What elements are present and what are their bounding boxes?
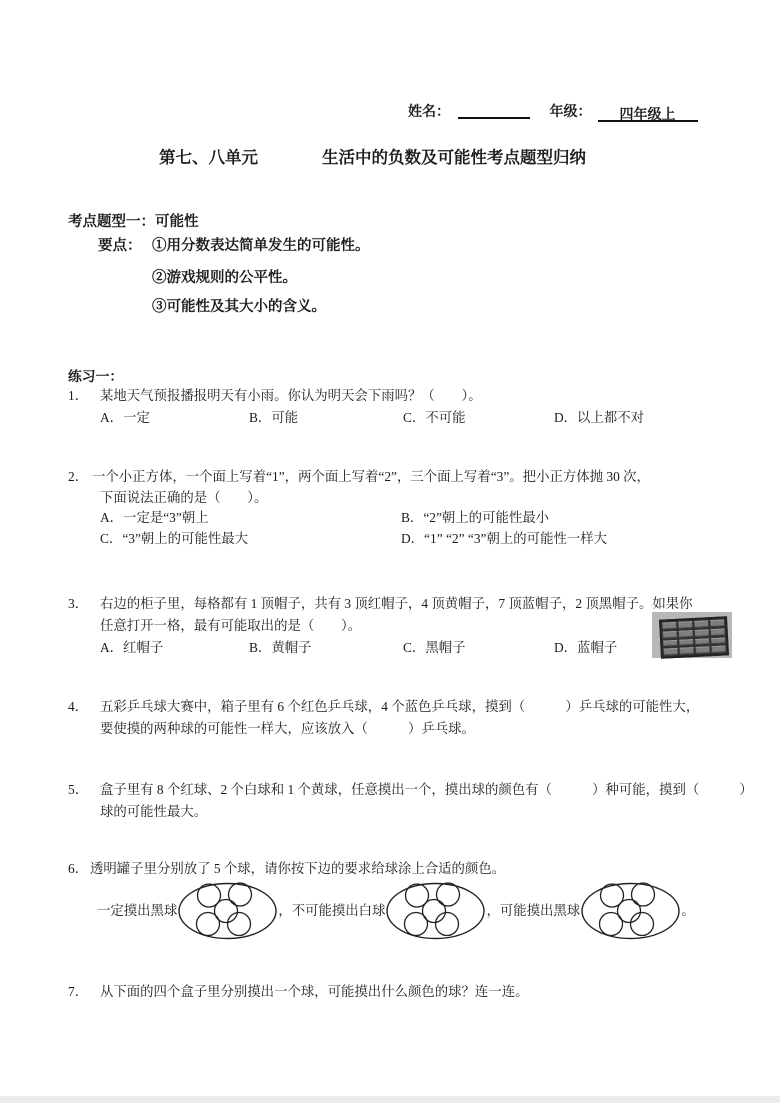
option-c: C．黑帽子: [403, 637, 554, 659]
jar-balls-diagram-2: [385, 882, 486, 940]
option-b: B．黄帽子: [249, 637, 403, 659]
name-label: 姓名：: [408, 105, 450, 120]
question-7: 7．从下面的四个盒子里分别摸出一个球，可能摸出什么颜色的球？连一连。: [68, 981, 748, 1003]
option-c: C．不可能: [403, 407, 554, 429]
question-5-line1: 盒子里有 8 个红球、2 个白球和 1 个黄球，任意摸出一个，摸出球的颜色有（ …: [100, 782, 753, 797]
key-point-2: ②游戏规则的公平性。: [152, 267, 297, 289]
question-7-text: 7．从下面的四个盒子里分别摸出一个球，可能摸出什么颜色的球？连一连。: [68, 981, 748, 1003]
option-b: B．可能: [249, 407, 403, 429]
grade-value: 四年级上: [598, 104, 698, 122]
question-3-text: 3．右边的柜子里，每格都有 1 顶帽子，共有 3 顶红帽子，4 顶黄帽子，7 顶…: [68, 593, 748, 615]
question-1-options: A．一定 B．可能 C．不可能 D．以上都不对: [100, 407, 748, 429]
option-a: A．红帽子: [100, 637, 249, 659]
cabinet-grid-image: [659, 616, 729, 659]
jar-row-period: 。: [681, 900, 694, 922]
option-a: A．一定是“3”朝上: [100, 508, 401, 529]
question-2: 2．一个小正方体，一个面上写着“1”，两个面上写着“2”，三个面上写着“3”。把…: [68, 467, 748, 549]
question-6-number: 6．: [68, 858, 90, 880]
worksheet-page: 姓名： 年级：四年级上 第七、八单元 生活中的负数及可能性考点题型归纳 考点题型…: [0, 0, 780, 1103]
option-b: B．“2”朝上的可能性最小: [401, 508, 748, 529]
name-blank-field: [458, 101, 530, 119]
question-4-line2: 要使摸的两种球的可能性一样大，应该放入（ ）乒乓球。: [100, 718, 748, 740]
question-3-line1: 右边的柜子里，每格都有 1 顶帽子，共有 3 顶红帽子，4 顶黄帽子，7 顶蓝帽…: [100, 596, 693, 611]
question-5-number: 5．: [68, 779, 100, 801]
question-7-line1: 从下面的四个盒子里分别摸出一个球，可能摸出什么颜色的球？连一连。: [100, 984, 529, 999]
option-c: C．“3”朝上的可能性最大: [100, 529, 401, 550]
header-name-grade-line: 姓名： 年级：四年级上: [408, 101, 698, 122]
question-4-text: 4．五彩乒乓球大赛中，箱子里有 6 个红色乒乓球，4 个蓝色乒乓球，摸到（ ）乒…: [68, 696, 748, 718]
grade-label: 年级：: [550, 105, 592, 120]
question-1-line1: 某地天气预报播报明天有小雨。你认为明天会下雨吗？（ ）。: [100, 388, 482, 403]
question-2-line1: 一个小正方体，一个面上写着“1”，两个面上写着“2”，三个面上写着“3”。把小正…: [92, 469, 650, 484]
jar-label-certain-black: 一定摸出黑球: [97, 900, 177, 922]
question-6-jars-row: 一定摸出黑球 ，不可能摸出白球 ，可能摸出黑球: [97, 880, 748, 942]
question-1-text: 1．某地天气预报播报明天有小雨。你认为明天会下雨吗？（ ）。: [68, 385, 748, 407]
question-2-options-row2: C．“3”朝上的可能性最大 D．“1” “2” “3”朝上的可能性一样大: [100, 529, 748, 550]
question-7-number: 7．: [68, 981, 100, 1003]
key-point-3: ③可能性及其大小的含义。: [152, 296, 326, 318]
title-main: 生活中的负数及可能性考点题型归纳: [322, 144, 586, 168]
question-4-number: 4．: [68, 696, 100, 718]
question-5-text: 5．盒子里有 8 个红球、2 个白球和 1 个黄球，任意摸出一个，摸出球的颜色有…: [68, 779, 748, 801]
question-2-text: 2．一个小正方体，一个面上写着“1”，两个面上写着“2”，三个面上写着“3”。把…: [68, 467, 748, 488]
jar-balls-diagram-1: [177, 882, 278, 940]
question-1: 1．某地天气预报播报明天有小雨。你认为明天会下雨吗？（ ）。 A．一定 B．可能…: [68, 385, 748, 429]
question-4-line1: 五彩乒乓球大赛中，箱子里有 6 个红色乒乓球，4 个蓝色乒乓球，摸到（ ）乒乓球…: [100, 699, 699, 714]
option-d: D．“1” “2” “3”朝上的可能性一样大: [401, 529, 748, 550]
title-unit: 第七、八单元: [159, 144, 258, 168]
jar-label-possible-black: ，可能摸出黑球: [486, 900, 580, 922]
question-1-number: 1．: [68, 385, 100, 407]
question-3-line2: 任意打开一格，最有可能取出的是（ ）。: [100, 615, 748, 637]
jar-label-impossible-white: ，不可能摸出白球: [278, 900, 385, 922]
question-2-options-row1: A．一定是“3”朝上 B．“2”朝上的可能性最小: [100, 508, 748, 529]
question-2-line2: 下面说法正确的是（ ）。: [100, 488, 748, 509]
cabinet-photo: [652, 612, 732, 658]
section-heading: 考点题型一：可能性: [68, 211, 199, 233]
question-5: 5．盒子里有 8 个红球、2 个白球和 1 个黄球，任意摸出一个，摸出球的颜色有…: [68, 779, 748, 823]
question-6-text: 6．透明罐子里分别放了 5 个球，请你按下边的要求给球涂上合适的颜色。: [68, 858, 748, 880]
question-3-number: 3．: [68, 593, 100, 615]
page-bottom-edge: [0, 1096, 780, 1103]
option-a: A．一定: [100, 407, 249, 429]
question-3: 3．右边的柜子里，每格都有 1 顶帽子，共有 3 顶红帽子，4 顶黄帽子，7 顶…: [68, 593, 748, 659]
key-points-label: 要点：: [98, 235, 142, 257]
option-d: D．以上都不对: [554, 407, 748, 429]
page-title: 第七、八单元 生活中的负数及可能性考点题型归纳: [159, 144, 586, 168]
question-4: 4．五彩乒乓球大赛中，箱子里有 6 个红色乒乓球，4 个蓝色乒乓球，摸到（ ）乒…: [68, 696, 748, 740]
question-5-line2: 球的可能性最大。: [100, 801, 748, 823]
jar-balls-diagram-3: [580, 882, 681, 940]
key-point-1: ①用分数表达简单发生的可能性。: [152, 235, 370, 257]
question-6-line1: 透明罐子里分别放了 5 个球，请你按下边的要求给球涂上合适的颜色。: [90, 861, 505, 876]
question-3-options: A．红帽子 B．黄帽子 C．黑帽子 D．蓝帽子: [100, 637, 748, 659]
question-2-number: 2．: [68, 467, 92, 488]
question-6: 6．透明罐子里分别放了 5 个球，请你按下边的要求给球涂上合适的颜色。 一定摸出…: [68, 858, 748, 942]
